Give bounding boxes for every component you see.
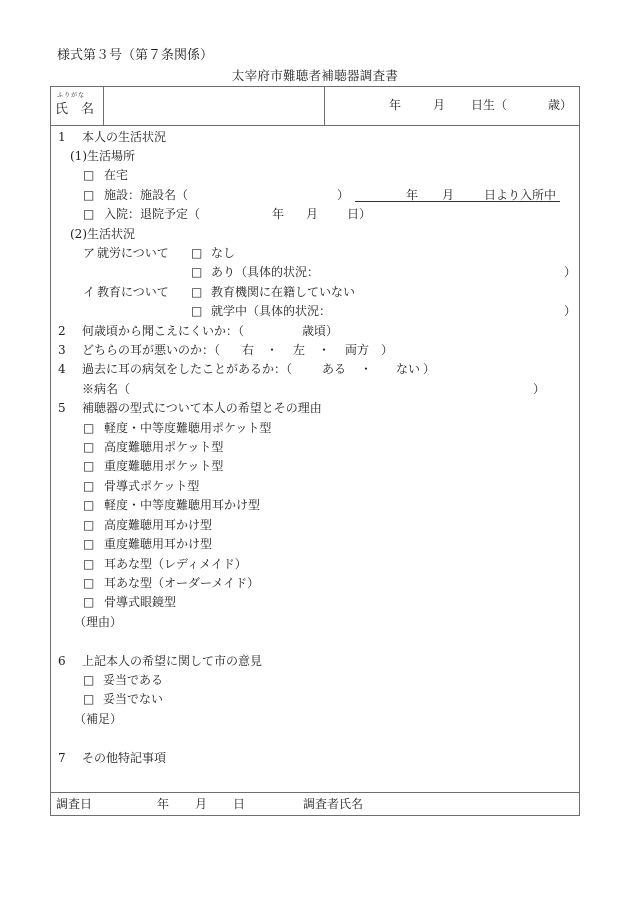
checkbox-hearing-aid-1[interactable]: □ bbox=[83, 420, 94, 436]
checkbox-not-appropriate[interactable]: □ bbox=[83, 691, 94, 707]
document-title: 太宰府市難聴者補聴器調査書 bbox=[0, 68, 630, 84]
separator: ・ bbox=[318, 342, 330, 358]
item-marker: イ bbox=[83, 284, 95, 300]
education-row-none: イ 教育について □ 教育機関に在籍していない bbox=[0, 284, 630, 300]
name-field[interactable] bbox=[104, 87, 323, 124]
footer-divider bbox=[50, 792, 580, 793]
section3-row: 3 どちらの耳が悪いのか：（ 右 ・ 左 ・ 両方 ） bbox=[0, 342, 630, 358]
survey-month-label: 月 bbox=[195, 796, 207, 812]
hearing-aid-option: □ 重度難聴用耳かけ型 bbox=[0, 536, 630, 552]
reason-field[interactable] bbox=[100, 632, 570, 650]
subsection-label: (2)生活状況 bbox=[70, 226, 135, 242]
hearing-aid-option: □ 耳あな型（レディメイド） bbox=[0, 556, 630, 572]
section-number: 6 bbox=[58, 653, 66, 669]
checkbox-education-none[interactable]: □ bbox=[191, 284, 202, 300]
option-label: 耳あな型（オーダーメイド） bbox=[104, 575, 259, 591]
option-label: 重度難聴用ポケット型 bbox=[104, 458, 223, 474]
hearing-aid-option: □ 耳あな型（オーダーメイド） bbox=[0, 575, 630, 591]
option-label: 高度難聴用ポケット型 bbox=[104, 439, 223, 455]
option-label: 骨導式眼鏡型 bbox=[104, 594, 176, 610]
close-paren: ） bbox=[564, 264, 576, 280]
choice-right[interactable]: 右 bbox=[242, 342, 254, 358]
section-question: どちらの耳が悪いのか：（ bbox=[82, 342, 220, 358]
disease-name-row: ※病名（ ） bbox=[0, 381, 630, 397]
option-label: 耳あな型（レディメイド） bbox=[104, 556, 247, 572]
note-field[interactable] bbox=[100, 729, 570, 747]
section-heading: 補聴器の型式について本人の希望とその理由 bbox=[82, 400, 322, 416]
close-paren: ） bbox=[423, 361, 435, 377]
section2-row: 2 何歳頃から聞こえにくいか：（ 歳頃） bbox=[0, 323, 630, 339]
checkbox-at-home[interactable]: □ bbox=[83, 167, 94, 183]
checkbox-facility[interactable]: □ bbox=[83, 187, 94, 203]
section-question: 過去に耳の病気をしたことがあるか：（ bbox=[82, 361, 292, 377]
hearing-aid-option: □ 軽度・中等度難聴用ポケット型 bbox=[0, 420, 630, 436]
form-number: 様式第３号（第７条関係） bbox=[57, 48, 213, 64]
note-label: （補足） bbox=[74, 711, 122, 727]
checkbox-hearing-aid-3[interactable]: □ bbox=[83, 458, 94, 474]
education-row-enrolled: □ 就学中（具体的状況： ） bbox=[0, 303, 630, 319]
section-number: 5 bbox=[58, 400, 66, 416]
hearing-aid-option: □ 高度難聴用耳かけ型 bbox=[0, 517, 630, 533]
section6-heading-row: 6 上記本人の希望に関して市の意見 bbox=[0, 653, 630, 669]
option-label: 施設：施設名（ bbox=[104, 187, 188, 203]
age-label: 歳） bbox=[548, 97, 572, 113]
opinion-option: □ 妥当でない bbox=[0, 691, 630, 707]
surveyor-name-label: 調査者氏名 bbox=[303, 796, 363, 812]
section-number: 4 bbox=[58, 361, 66, 377]
option-label: 高度難聴用耳かけ型 bbox=[104, 517, 212, 533]
birth-year-label: 年 bbox=[389, 97, 401, 113]
facility-date-underline bbox=[355, 201, 560, 202]
note-row: （補足） bbox=[0, 711, 630, 727]
option-at-home: □ 在宅 bbox=[0, 167, 630, 183]
living-place-row: (1)生活場所 bbox=[0, 148, 630, 164]
section-question: 何歳頃から聞こえにくいか：（ bbox=[82, 323, 244, 339]
option-label: なし bbox=[211, 245, 235, 261]
option-label: 入院：退院予定（ bbox=[104, 206, 200, 222]
section-number: 7 bbox=[58, 750, 66, 766]
checkbox-hospital[interactable]: □ bbox=[83, 206, 94, 222]
hearing-aid-option: □ 骨導式眼鏡型 bbox=[0, 594, 630, 610]
checkbox-hearing-aid-6[interactable]: □ bbox=[83, 517, 94, 533]
checkbox-education-enrolled[interactable]: □ bbox=[191, 303, 202, 319]
living-status-row: (2)生活状況 bbox=[0, 226, 630, 242]
option-label: 軽度・中等度難聴用耳かけ型 bbox=[104, 497, 260, 513]
checkbox-hearing-aid-7[interactable]: □ bbox=[83, 536, 94, 552]
name-label: 氏 名 bbox=[55, 102, 94, 118]
section4-row: 4 過去に耳の病気をしたことがあるか：（ ある ・ ない ） bbox=[0, 361, 630, 377]
age-suffix: 歳頃） bbox=[302, 323, 338, 339]
name-row-divider bbox=[50, 125, 580, 126]
close-paren: ） bbox=[381, 342, 393, 358]
survey-form-page: 様式第３号（第７条関係） 太宰府市難聴者補聴器調査書 ふりがな 氏 名 年 月 … bbox=[0, 0, 630, 903]
section-heading: その他特記事項 bbox=[82, 750, 166, 766]
hearing-aid-option: □ 重度難聴用ポケット型 bbox=[0, 458, 630, 474]
option-label: 重度難聴用耳かけ型 bbox=[104, 536, 212, 552]
separator: ・ bbox=[360, 361, 372, 377]
employment-row-none: ア 就労について □ なし bbox=[0, 245, 630, 261]
hearing-aid-option: □ 軽度・中等度難聴用耳かけ型 bbox=[0, 497, 630, 513]
close-paren: ） bbox=[533, 381, 545, 397]
option-label: 教育機関に在籍していない bbox=[211, 284, 355, 300]
birth-day-label: 日生（ bbox=[471, 97, 507, 113]
option-label: 在宅 bbox=[104, 167, 128, 183]
opinion-option: □ 妥当である bbox=[0, 672, 630, 688]
choice-yes[interactable]: ある bbox=[322, 361, 346, 377]
discharge-month-label: 月 bbox=[306, 206, 318, 222]
option-label: 妥当である bbox=[103, 672, 163, 688]
separator: ・ bbox=[266, 342, 278, 358]
checkbox-appropriate[interactable]: □ bbox=[83, 672, 94, 688]
checkbox-hearing-aid-2[interactable]: □ bbox=[83, 439, 94, 455]
section5-heading-row: 5 補聴器の型式について本人の希望とその理由 bbox=[0, 400, 630, 416]
subsection-label: (1)生活場所 bbox=[70, 148, 135, 164]
checkbox-employment-yes[interactable]: □ bbox=[191, 264, 202, 280]
checkbox-hearing-aid-4[interactable]: □ bbox=[83, 478, 94, 494]
option-label: あり（具体的状況： bbox=[211, 264, 319, 280]
surveyor-name-field[interactable] bbox=[370, 794, 575, 813]
survey-day-label: 日 bbox=[233, 796, 245, 812]
checkbox-hearing-aid-8[interactable]: □ bbox=[83, 556, 94, 572]
section-number: 3 bbox=[58, 342, 66, 358]
checkbox-employment-none[interactable]: □ bbox=[191, 245, 202, 261]
option-label: 妥当でない bbox=[103, 691, 163, 707]
furigana-label: ふりがな bbox=[57, 92, 85, 100]
checkbox-hearing-aid-5[interactable]: □ bbox=[83, 497, 94, 513]
option-label: 骨導式ポケット型 bbox=[104, 478, 199, 494]
hearing-aid-option: □ 高度難聴用ポケット型 bbox=[0, 439, 630, 455]
item-label: 就労について bbox=[97, 245, 169, 261]
option-label: 軽度・中等度難聴用ポケット型 bbox=[104, 420, 271, 436]
employment-row-yes: □ あり（具体的状況： ） bbox=[0, 264, 630, 280]
choice-both[interactable]: 両方 bbox=[345, 342, 369, 358]
section7-heading-row: 7 その他特記事項 bbox=[0, 750, 630, 766]
close-paren: ） bbox=[564, 303, 576, 319]
section-number: 2 bbox=[58, 323, 66, 339]
option-label: 就学中（具体的状況： bbox=[211, 303, 331, 319]
item-label: 教育について bbox=[97, 284, 169, 300]
section1-heading-row: 1 本人の生活状況 bbox=[0, 129, 630, 145]
survey-year-label: 年 bbox=[157, 796, 169, 812]
section-heading: 本人の生活状況 bbox=[82, 129, 166, 145]
close-paren: ） bbox=[337, 187, 349, 203]
special-notes-field[interactable] bbox=[60, 768, 570, 790]
hearing-aid-option: □ 骨導式ポケット型 bbox=[0, 478, 630, 494]
reason-label: （理由） bbox=[74, 614, 122, 630]
section-heading: 上記本人の希望に関して市の意見 bbox=[82, 653, 262, 669]
reason-row: （理由） bbox=[0, 614, 630, 630]
choice-left[interactable]: 左 bbox=[293, 342, 305, 358]
choice-no[interactable]: ない bbox=[396, 361, 420, 377]
discharge-day-label: 日） bbox=[347, 206, 371, 222]
discharge-year-label: 年 bbox=[272, 206, 284, 222]
disease-name-label: ※病名（ bbox=[82, 381, 130, 397]
checkbox-hearing-aid-9[interactable]: □ bbox=[83, 575, 94, 591]
section-number: 1 bbox=[58, 129, 66, 145]
birthdate-field[interactable] bbox=[325, 87, 579, 124]
item-marker: ア bbox=[83, 245, 95, 261]
birth-month-label: 月 bbox=[433, 97, 445, 113]
checkbox-hearing-aid-10[interactable]: □ bbox=[83, 594, 94, 610]
option-hospital: □ 入院：退院予定（ 年 月 日） bbox=[0, 206, 630, 222]
survey-date-label: 調査日 bbox=[56, 796, 92, 812]
